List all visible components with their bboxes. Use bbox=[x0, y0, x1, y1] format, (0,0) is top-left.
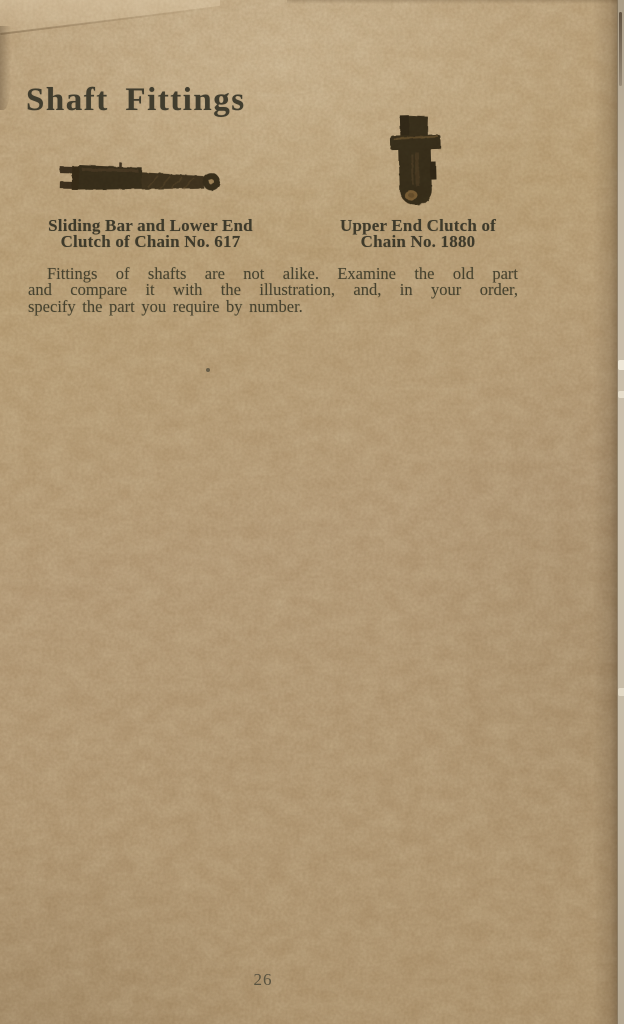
figure-caption: Sliding Bar and Lower End Clutch of Chai… bbox=[18, 218, 283, 250]
paper-speck bbox=[206, 368, 210, 372]
upper-end-clutch-illustration bbox=[388, 112, 444, 207]
figure-caption: Upper End Clutch of Chain No. 1880 bbox=[308, 218, 528, 250]
edge-ink-streak bbox=[619, 12, 622, 86]
right-edge-shadow bbox=[593, 0, 617, 1024]
page-edge-notch bbox=[618, 391, 624, 398]
scanned-catalog-page: Shaft Fittings Sli bbox=[0, 0, 624, 1024]
body-line: specify the part you require by number. bbox=[28, 299, 518, 315]
page-number: 26 bbox=[238, 970, 288, 990]
caption-line: Clutch of Chain No. 617 bbox=[18, 234, 283, 250]
caption-line: Chain No. 1880 bbox=[308, 234, 528, 250]
sliding-bar-illustration bbox=[58, 160, 226, 198]
left-edge-shadow bbox=[0, 26, 11, 110]
figure-sliding-bar: Sliding Bar and Lower End Clutch of Chai… bbox=[18, 160, 283, 250]
book-page-edge bbox=[617, 0, 624, 1024]
page-title: Shaft Fittings bbox=[26, 82, 246, 119]
page-edge-notch bbox=[618, 688, 624, 696]
page-edge-notch bbox=[618, 360, 624, 370]
figure-upper-end-clutch: Upper End Clutch of Chain No. 1880 bbox=[308, 112, 528, 250]
top-edge-shade bbox=[287, 0, 617, 4]
body-paragraph: Fittings of shafts are not alike. Examin… bbox=[28, 266, 518, 315]
